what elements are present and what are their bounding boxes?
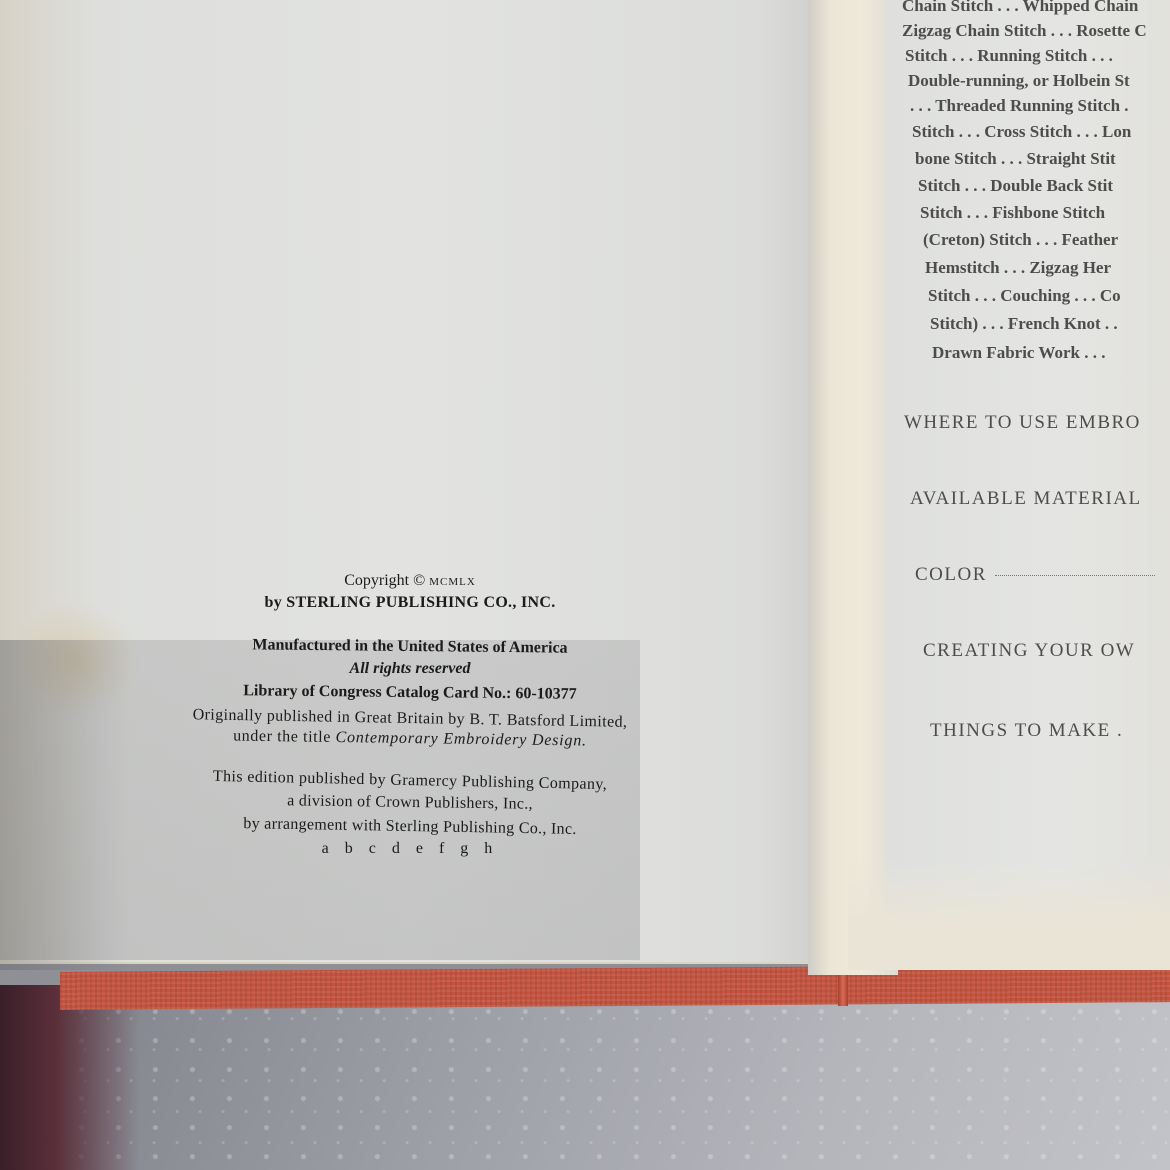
toc-heading-where-to-use: WHERE TO USE EMBRO: [904, 412, 1141, 434]
book-cover-edge: [60, 964, 1170, 1010]
toc-stitch-line: Double-running, or Holbein St: [908, 71, 1130, 91]
toc-stitch-line: . . . Threaded Running Stitch .: [910, 96, 1129, 116]
toc-stitch-line: Drawn Fabric Work . . .: [932, 343, 1105, 363]
toc-heading-creating: CREATING YOUR OW: [923, 640, 1135, 662]
toc-stitch-line: Zigzag Chain Stitch . . . Rosette C: [902, 21, 1147, 41]
toc-stitch-line: Stitch . . . Fishbone Stitch: [920, 203, 1105, 223]
toc-heading-color: COLOR: [915, 564, 1155, 586]
dot-leader: [995, 575, 1155, 576]
toc-stitch-line: (Creton) Stitch . . . Feather: [923, 230, 1118, 250]
toc-stitch-line: bone Stitch . . . Straight Stit: [915, 149, 1116, 169]
toc-stitch-line: Stitch) . . . French Knot . .: [930, 314, 1118, 334]
book-shadow: [0, 985, 140, 1170]
toc-stitch-line: Stitch . . . Cross Stitch . . . Lon: [912, 122, 1131, 142]
toc-stitch-line: Stitch . . . Running Stitch . . .: [905, 46, 1113, 66]
toc-stitch-line: Stitch . . . Couching . . . Co: [928, 286, 1121, 306]
toc-heading-things-to-make: THINGS TO MAKE .: [930, 720, 1123, 742]
table-surface: [0, 1000, 1170, 1170]
contents-list: Chain Stitch . . . Whipped Chain Zigzag …: [0, 0, 1170, 970]
toc-stitch-line: Chain Stitch . . . Whipped Chain: [902, 0, 1138, 16]
toc-stitch-line: Stitch . . . Double Back Stit: [918, 176, 1113, 196]
toc-stitch-line: Hemstitch . . . Zigzag Her: [925, 258, 1111, 278]
toc-heading-color-label: COLOR: [915, 564, 987, 585]
toc-heading-materials: AVAILABLE MATERIAL: [910, 488, 1142, 510]
book-spine-seam: [838, 970, 848, 1006]
